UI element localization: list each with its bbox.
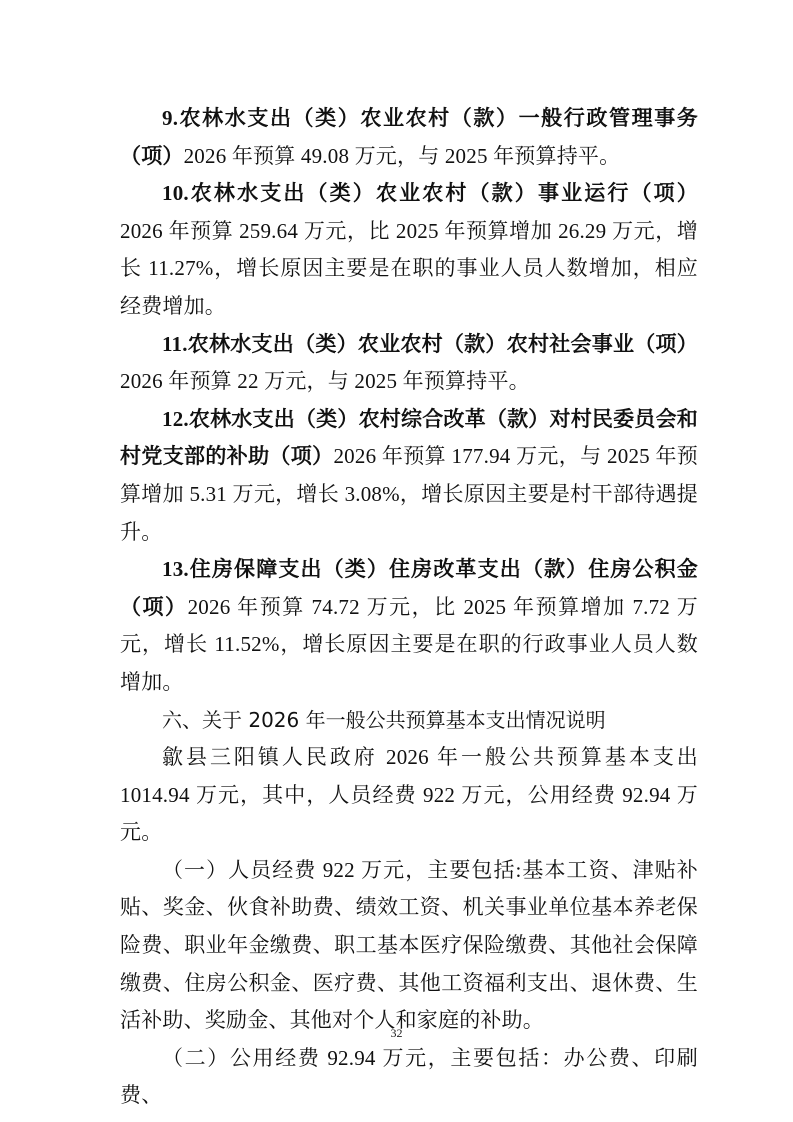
item-13: 13.住房保障支出（类）住房改革支出（款）住房公积金（项）2026 年预算 74… (120, 551, 698, 701)
public-expense-paragraph: （二）公用经费 92.94 万元，主要包括：办公费、印刷费、 (120, 1040, 698, 1115)
item-title: 10.农林水支出（类）农业农村（款）事业运行（项） (162, 181, 698, 205)
item-9: 9.农林水支出（类）农业农村（款）一般行政管理事务（项）2026 年预算 49.… (120, 100, 698, 175)
personnel-expense-paragraph: （一）人员经费 922 万元，主要包括:基本工资、津贴补贴、奖金、伙食补助费、绩… (120, 852, 698, 1040)
item-12: 12.农林水支出（类）农村综合改革（款）对村民委员会和村党支部的补助（项）202… (120, 401, 698, 551)
item-body: 2026 年预算 74.72 万元，比 2025 年预算增加 7.72 万元，增… (120, 595, 698, 694)
item-10: 10.农林水支出（类）农业农村（款）事业运行（项）2026 年预算 259.64… (120, 175, 698, 325)
page-number: 32 (0, 1026, 793, 1041)
item-title: 11.农林水支出（类）农业农村（款）农村社会事业（项） (162, 332, 698, 356)
section-heading: 六、关于 2026 年一般公共预算基本支出情况说明 (120, 702, 698, 740)
item-11: 11.农林水支出（类）农业农村（款）农村社会事业（项）2026 年预算 22 万… (120, 326, 698, 401)
item-body: 2026 年预算 22 万元，与 2025 年预算持平。 (120, 369, 530, 393)
document-page: 9.农林水支出（类）农业农村（款）一般行政管理事务（项）2026 年预算 49.… (120, 100, 698, 1115)
item-body: 2026 年预算 259.64 万元，比 2025 年预算增加 26.29 万元… (120, 219, 698, 318)
summary-paragraph: 歙县三阳镇人民政府 2026 年一般公共预算基本支出 1014.94 万元，其中… (120, 739, 698, 852)
item-body: 2026 年预算 49.08 万元，与 2025 年预算持平。 (184, 144, 621, 168)
